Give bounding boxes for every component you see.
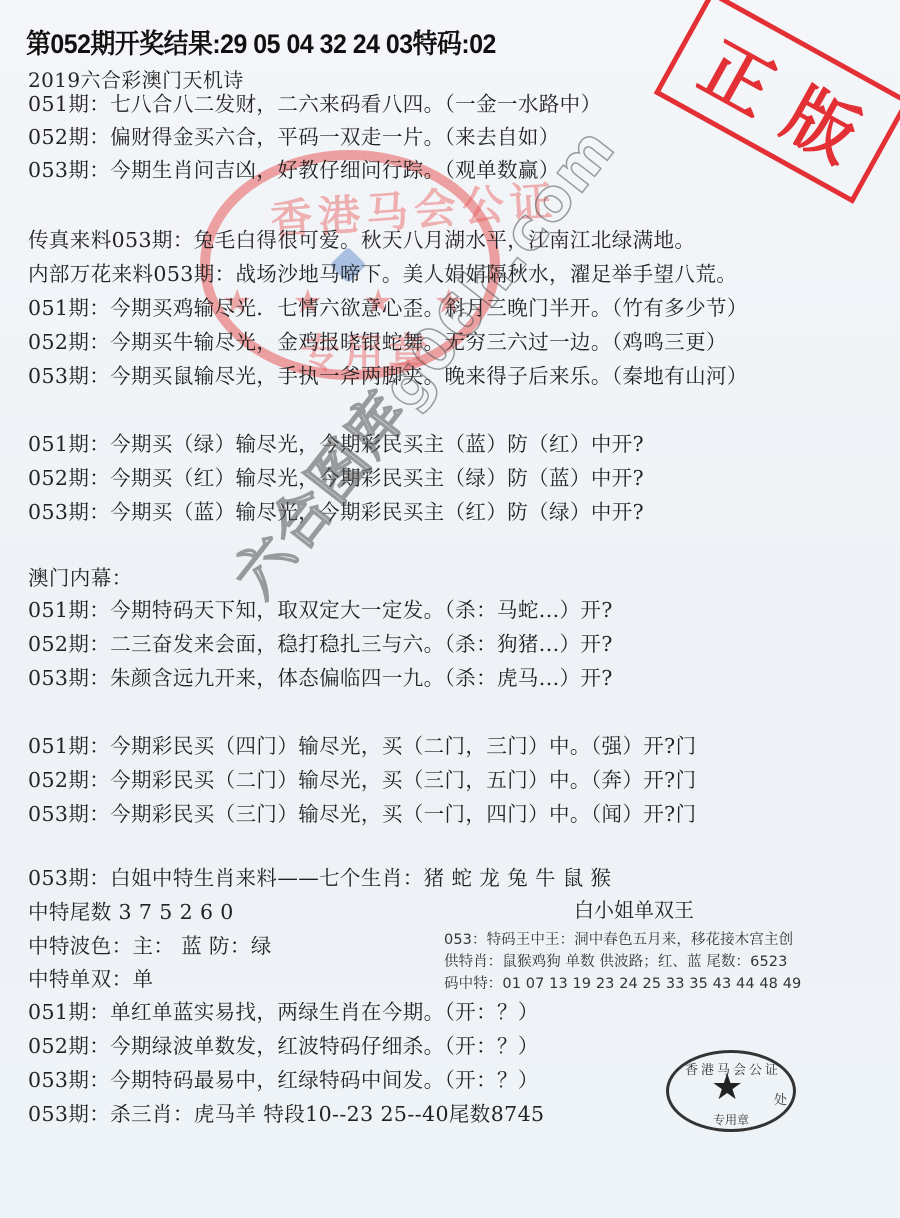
authentic-stamp-char: 版 (769, 59, 879, 181)
poem-line: 052期：偏财得金买六合，平码一双走一片。（来去自如） (28, 125, 560, 149)
insider-line: 052期：二三奋发来会面，稳打稳扎三与六。（杀：狗猪...）开? (28, 632, 613, 656)
poem-line: 053期：今期生肖问吉凶，好教仔细问行踪。（观单数赢） (28, 158, 560, 182)
fax-line: 内部万花来料053期：战场沙地马啼下。美人娟娟隔秋水，濯足举手望八荒。 (28, 262, 737, 286)
right-box-line: 053：特码王中王：洞中春色五月来，移花接木宫主创 (444, 928, 793, 949)
authentic-stamp-char: 正 (685, 13, 795, 135)
poem-line: 051期：七八合八二发财，二六来码看八四。（一金一水路中） (28, 92, 601, 116)
gate-line: 053期：今期彩民买（三门）输尽光，买（一门，四门）中。（闻）开?门 (28, 802, 696, 826)
bottom-line: 051期：单红单蓝实易找，两绿生肖在今期。（开：？） (28, 1000, 539, 1024)
right-box-line: 码中特：01 07 13 19 23 24 25 33 35 43 44 48 … (444, 972, 801, 993)
tail-numbers-line: 中特尾数 3 7 5 2 6 0 (28, 900, 234, 924)
oval-seal-bottom-text: 专用章 (713, 1111, 749, 1128)
gate-line: 052期：今期彩民买（二门）输尽光，买（三门，五门）中。（奔）开?门 (28, 768, 696, 792)
fax-line: 传真来料053期：兔毛白得很可爱。秋天八月湖水平，江南江北绿满地。 (28, 228, 695, 252)
gate-line: 051期：今期彩民买（四门）输尽光，买（二门，三门）中。（强）开?门 (28, 734, 696, 758)
oval-seal-side-text: 处 (774, 1089, 787, 1108)
right-box-line: 供特肖：鼠猴鸡狗 单数 供波路；红、蓝 尾数：6523 (444, 950, 787, 971)
lottery-document: 香港马会公证 ★★★★ 专用章 第052期开奖结果:29 05 04 32 24… (0, 0, 900, 1218)
draw-result-headline: 第052期开奖结果:29 05 04 32 24 03特码:02 (26, 22, 496, 61)
fax-line: 051期：今期买鸡输尽光．七情六欲意心歪。斜月三晚门半开。（竹有多少节） (28, 296, 748, 320)
bottom-line: 053期：杀三肖：虎马羊 特段10--23 25--40尾数8745 (28, 1102, 544, 1126)
wave-color-line: 中特波色：主： 蓝 防：绿 (28, 934, 272, 958)
odd-even-line: 中特单双：单 (28, 967, 153, 991)
bottom-line: 052期：今期绿波单数发，红波特码仔细杀。（开：？） (28, 1034, 539, 1058)
insider-line: 053期：朱颜含远九开来，体态偏临四一九。（杀：虎马...）开? (28, 666, 613, 690)
right-box-title: 白小姐单双王 (574, 894, 694, 923)
bottom-line: 053期：今期特码最易中，红绿特码中间发。（开：？） (28, 1068, 539, 1092)
oval-seal-stamp: 香港马会公证 ★ 处 专用章 (666, 1050, 796, 1132)
authentic-stamp: 正 版 (654, 0, 900, 204)
insider-line: 051期：今期特码天下知，取双定大一定发。（杀：马蛇...）开? (28, 598, 613, 622)
star-icon: ★ (711, 1067, 743, 1108)
poem-title: 2019六合彩澳门天机诗 (28, 68, 244, 92)
zodiac-line: 053期：白姐中特生肖来料——七个生肖：猪 蛇 龙 兔 牛 鼠 猴 (28, 866, 611, 890)
insider-title: 澳门内幕： (28, 566, 133, 590)
